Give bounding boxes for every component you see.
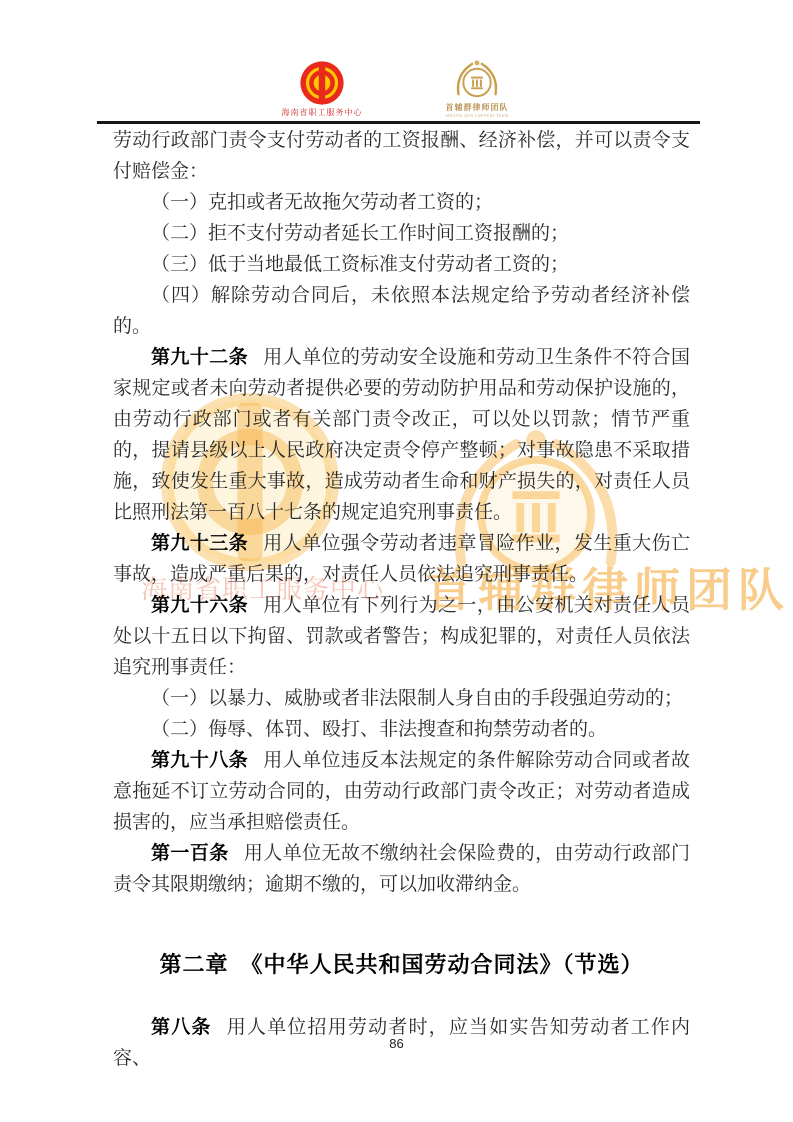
document-page: 海南省职工服务中心 首辅群律师团队 海南省职工服务中心 首辅群律师团队 SHOU… bbox=[0, 0, 793, 1122]
body-paragraph: 劳动行政部门责令支付劳动者的工资报酬、经济补偿，并可以责令支付赔偿金： bbox=[113, 125, 690, 187]
body-paragraph: 第一百条用人单位无故不缴纳社会保险费的，由劳动行政部门责令其限期缴纳；逾期不缴的… bbox=[113, 838, 690, 900]
paragraph-text: （一）克扣或者无故拖欠劳动者工资的； bbox=[151, 192, 493, 213]
paragraph-text: （四）解除劳动合同后，未依照本法规定给予劳动者经济补偿的。 bbox=[113, 285, 690, 337]
paragraph-text: （一）以暴力、威胁或者非法限制人身自由的手段强迫劳动的； bbox=[151, 688, 683, 709]
header-divider bbox=[97, 121, 700, 124]
lawyer-logo: 首辅群律师团队 SHOUFU QUN LAWYERS TEAM bbox=[412, 58, 542, 118]
lawyer-logo-caption: 首辅群律师团队 bbox=[412, 102, 542, 113]
paragraph-text: （三）低于当地最低工资标准支付劳动者工资的； bbox=[151, 254, 569, 275]
article-number: 第九十六条 bbox=[151, 595, 248, 616]
body-paragraph: 第九十六条用人单位有下列行为之一，由公安机关对责任人员处以十五日以下拘留、罚款或… bbox=[113, 590, 690, 683]
paragraph-text: 劳动行政部门责令支付劳动者的工资报酬、经济补偿，并可以责令支付赔偿金： bbox=[113, 130, 690, 182]
body-paragraph: （二）侮辱、体罚、殴打、非法搜查和拘禁劳动者的。 bbox=[113, 714, 690, 745]
union-logo: 海南省职工服务中心 bbox=[262, 60, 382, 118]
page-number: 86 bbox=[0, 1036, 793, 1051]
article-number: 第九十二条 bbox=[151, 347, 248, 368]
body-paragraph: （一）以暴力、威胁或者非法限制人身自由的手段强迫劳动的； bbox=[113, 683, 690, 714]
body-paragraph: 第九十八条用人单位违反本法规定的条件解除劳动合同或者故意拖延不订立劳动合同的，由… bbox=[113, 745, 690, 838]
lawyer-logo-icon bbox=[446, 58, 508, 102]
paragraph-text: 用人单位的劳动安全设施和劳动卫生条件不符合国家规定或者未向劳动者提供必要的劳动防… bbox=[113, 347, 690, 523]
article-number: 第一百条 bbox=[151, 843, 229, 864]
article-number: 第九十八条 bbox=[151, 750, 248, 771]
union-logo-icon bbox=[299, 60, 345, 106]
body-paragraph: （二）拒不支付劳动者延长工作时间工资报酬的； bbox=[113, 218, 690, 249]
article-number: 第八条 bbox=[151, 1017, 212, 1038]
body-paragraph: 第九十三条用人单位强令劳动者违章冒险作业，发生重大伤亡事故，造成严重后果的，对责… bbox=[113, 528, 690, 590]
body-paragraph: （四）解除劳动合同后，未依照本法规定给予劳动者经济补偿的。 bbox=[113, 280, 690, 342]
body-paragraph: 第九十二条用人单位的劳动安全设施和劳动卫生条件不符合国家规定或者未向劳动者提供必… bbox=[113, 342, 690, 528]
paragraph-text: （二）侮辱、体罚、殴打、非法搜查和拘禁劳动者的。 bbox=[151, 719, 607, 740]
chapter-heading: 第二章 《中华人民共和国劳动合同法》（节选） bbox=[113, 948, 690, 982]
article-number: 第九十三条 bbox=[151, 533, 248, 554]
document-body: 劳动行政部门责令支付劳动者的工资报酬、经济补偿，并可以责令支付赔偿金： （一）克… bbox=[113, 125, 690, 1074]
body-paragraph: （三）低于当地最低工资标准支付劳动者工资的； bbox=[113, 249, 690, 280]
paragraph-text: （二）拒不支付劳动者延长工作时间工资报酬的； bbox=[151, 223, 569, 244]
body-paragraph: （一）克扣或者无故拖欠劳动者工资的； bbox=[113, 187, 690, 218]
union-logo-caption: 海南省职工服务中心 bbox=[262, 107, 382, 118]
lawyer-logo-subcaption: SHOUFU QUN LAWYERS TEAM bbox=[419, 113, 536, 118]
